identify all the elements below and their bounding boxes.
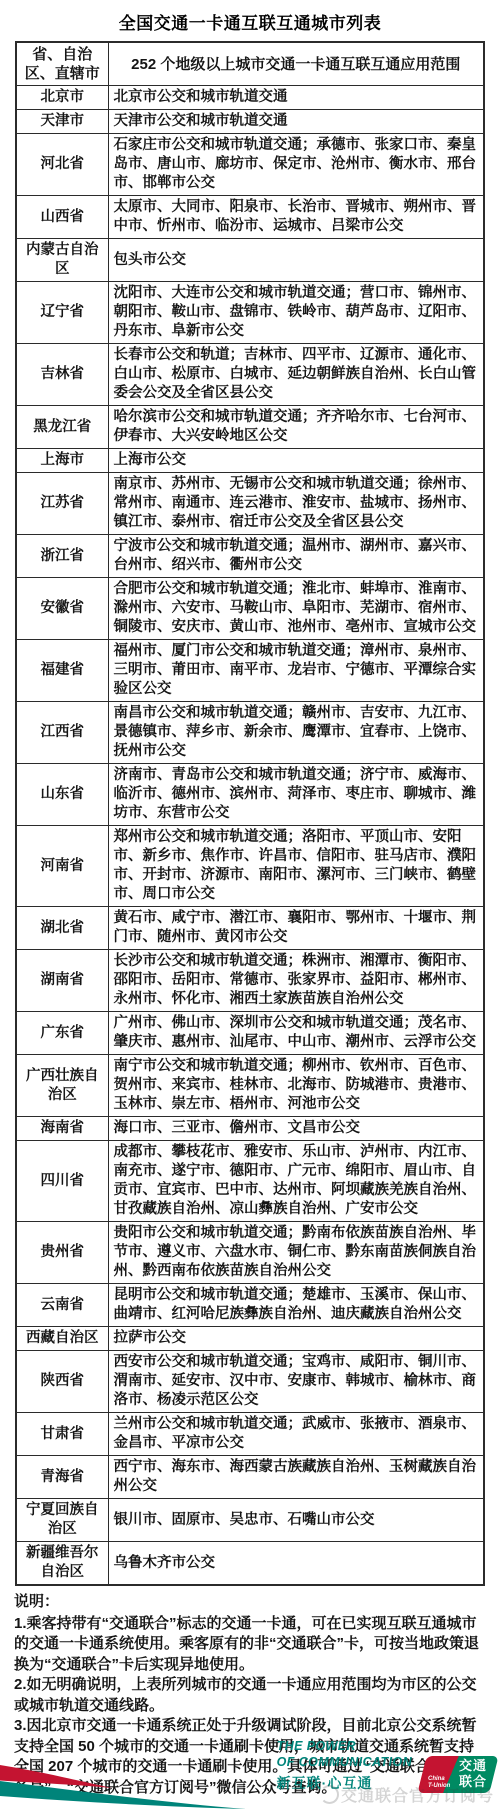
scope-cell: 贵阳市公交和城市轨道交通；黔南布依族苗族自治州、毕节市、遵义市、六盘水市、铜仁市… xyxy=(108,1222,484,1284)
notes-heading: 说明： xyxy=(14,1592,486,1613)
province-cell: 浙江省 xyxy=(16,535,108,578)
table-row: 西藏自治区拉萨市公交 xyxy=(16,1327,484,1351)
province-cell: 贵州省 xyxy=(16,1222,108,1284)
table-row: 上海市上海市公交 xyxy=(16,449,484,473)
province-cell: 河北省 xyxy=(16,134,108,196)
province-cell: 山西省 xyxy=(16,196,108,239)
table-row: 江苏省南京市、苏州市、无锡市公交和城市轨道交通；徐州市、常州市、南通市、连云港市… xyxy=(16,473,484,535)
table-row: 广西壮族自治区南宁市公交和城市轨道交通；柳州市、钦州市、百色市、贺州市、来宾市、… xyxy=(16,1055,484,1117)
table-row: 宁夏回族自治区银川市、固原市、吴忠市、石嘴山市公交 xyxy=(16,1499,484,1542)
province-cell: 辽宁省 xyxy=(16,282,108,344)
watermark-circle-icon xyxy=(320,1785,339,1804)
scope-cell: 北京市公交和城市轨道交通 xyxy=(108,86,484,110)
province-cell: 宁夏回族自治区 xyxy=(16,1499,108,1542)
scope-cell: 上海市公交 xyxy=(108,449,484,473)
scope-cell: 石家庄市公交和城市轨道交通；承德市、张家口市、秦皇岛市、唐山市、廊坊市、保定市、… xyxy=(108,134,484,196)
table-row: 天津市天津市公交和城市轨道交通 xyxy=(16,110,484,134)
scope-cell: 乌鲁木齐市公交 xyxy=(108,1542,484,1586)
scope-cell: 兰州市公交和城市轨道交通；武威市、张掖市、酒泉市、金昌市、平凉市公交 xyxy=(108,1413,484,1456)
table-row: 福建省福州市、厦门市公交和城市轨道交通；漳州市、泉州市、三明市、莆田市、南平市、… xyxy=(16,640,484,702)
table-row: 河南省郑州市公交和城市轨道交通；洛阳市、平顶山市、安阳市、新乡市、焦作市、许昌市… xyxy=(16,826,484,907)
province-table-body: 北京市北京市公交和城市轨道交通天津市天津市公交和城市轨道交通河北省石家庄市公交和… xyxy=(16,86,484,1586)
interoperable-cities-table: 省、自治区、直辖市 252 个地级以上城市交通一卡通互联互通应用范围 北京市北京… xyxy=(15,41,485,1586)
province-cell: 甘肃省 xyxy=(16,1413,108,1456)
table-row: 浙江省宁波市公交和城市轨道交通；温州市、湖州市、嘉兴市、台州市、绍兴市、衢州市公… xyxy=(16,535,484,578)
scope-cell: 成都市、攀枝花市、雅安市、乐山市、泸州市、内江市、南充市、遂宁市、德阳市、广元市… xyxy=(108,1141,484,1222)
scope-cell: 长沙市公交和城市轨道交通；株洲市、湘潭市、衡阳市、邵阳市、岳阳市、常德市、张家界… xyxy=(108,950,484,1012)
note-item: 2.如无明确说明，上表所列城市的交通一卡通应用范围均为市区的公交或城市轨道交通线… xyxy=(14,1675,486,1716)
province-cell: 黑龙江省 xyxy=(16,406,108,449)
scope-cell: 西宁市、海东市、海西蒙古族藏族自治州、玉树藏族自治州公交 xyxy=(108,1456,484,1499)
province-cell: 湖南省 xyxy=(16,950,108,1012)
province-cell: 北京市 xyxy=(16,86,108,110)
province-cell: 陕西省 xyxy=(16,1351,108,1413)
province-cell: 福建省 xyxy=(16,640,108,702)
scope-cell: 海口市、三亚市、儋州市、文昌市公交 xyxy=(108,1117,484,1141)
header-province: 省、自治区、直辖市 xyxy=(16,42,108,86)
scope-cell: 宁波市公交和城市轨道交通；温州市、湖州市、嘉兴市、台州市、绍兴市、衢州市公交 xyxy=(108,535,484,578)
scope-cell: 南京市、苏州市、无锡市公交和城市轨道交通；徐州市、常州市、南通市、连云港市、淮安… xyxy=(108,473,484,535)
scope-cell: 郑州市公交和城市轨道交通；洛阳市、平顶山市、安阳市、新乡市、焦作市、许昌市、信阳… xyxy=(108,826,484,907)
slogan-en-line2: OF COMMUNICATION xyxy=(277,1755,412,1771)
footer-ribbon-graphic xyxy=(0,1755,260,1815)
account-watermark: 交通联合官方订阅号 xyxy=(320,1783,494,1806)
teal-ribbon-shape xyxy=(0,1781,246,1809)
table-row: 青海省西宁市、海东市、海西蒙古族藏族自治州、玉树藏族自治州公交 xyxy=(16,1456,484,1499)
table-row: 安徽省合肥市公交和城市轨道交通；淮北市、蚌埠市、淮南市、滁州市、六安市、马鞍山市… xyxy=(16,578,484,640)
province-cell: 青海省 xyxy=(16,1456,108,1499)
table-row: 新疆维吾尔自治区乌鲁木齐市公交 xyxy=(16,1542,484,1586)
scope-cell: 黄石市、咸宁市、潜江市、襄阳市、鄂州市、十堰市、荆门市、随州市、黄冈市公交 xyxy=(108,907,484,950)
province-cell: 上海市 xyxy=(16,449,108,473)
table-row: 辽宁省沈阳市、大连市公交和城市轨道交通；营口市、锦州市、朝阳市、鞍山市、盘锦市、… xyxy=(16,282,484,344)
table-row: 陕西省西安市公交和城市轨道交通；宝鸡市、咸阳市、铜川市、渭南市、延安市、汉中市、… xyxy=(16,1351,484,1413)
scope-cell: 南昌市公交和城市轨道交通；赣州市、吉安市、九江市、景德镇市、萍乡市、新余市、鹰潭… xyxy=(108,702,484,764)
slogan-en-line1: THE POWER xyxy=(277,1739,412,1755)
province-cell: 天津市 xyxy=(16,110,108,134)
province-cell: 新疆维吾尔自治区 xyxy=(16,1542,108,1586)
table-row: 四川省成都市、攀枝花市、雅安市、乐山市、泸州市、内江市、南充市、遂宁市、德阳市、… xyxy=(16,1141,484,1222)
scope-cell: 太原市、大同市、阳泉市、长治市、晋城市、朔州市、晋中市、忻州市、临汾市、运城市、… xyxy=(108,196,484,239)
province-cell: 山东省 xyxy=(16,764,108,826)
table-row: 云南省昆明市公交和城市轨道交通；楚雄市、玉溪市、保山市、曲靖市、红河哈尼族彝族自… xyxy=(16,1284,484,1327)
table-row: 内蒙古自治区包头市公交 xyxy=(16,239,484,282)
province-cell: 广西壮族自治区 xyxy=(16,1055,108,1117)
table-row: 湖北省黄石市、咸宁市、潜江市、襄阳市、鄂州市、十堰市、荆门市、随州市、黄冈市公交 xyxy=(16,907,484,950)
table-row: 海南省海口市、三亚市、儋州市、文昌市公交 xyxy=(16,1117,484,1141)
scope-cell: 天津市公交和城市轨道交通 xyxy=(108,110,484,134)
table-row: 江西省南昌市公交和城市轨道交通；赣州市、吉安市、九江市、景德镇市、萍乡市、新余市… xyxy=(16,702,484,764)
scope-cell: 昆明市公交和城市轨道交通；楚雄市、玉溪市、保山市、曲靖市、红河哈尼族彝族自治州、… xyxy=(108,1284,484,1327)
province-cell: 西藏自治区 xyxy=(16,1327,108,1351)
scope-cell: 沈阳市、大连市公交和城市轨道交通；营口市、锦州市、朝阳市、鞍山市、盘锦市、铁岭市… xyxy=(108,282,484,344)
scope-cell: 合肥市公交和城市轨道交通；淮北市、蚌埠市、淮南市、滁州市、六安市、马鞍山市、阜阳… xyxy=(108,578,484,640)
scope-cell: 拉萨市公交 xyxy=(108,1327,484,1351)
table-row: 贵州省贵阳市公交和城市轨道交通；黔南布依族苗族自治州、毕节市、遵义市、六盘水市、… xyxy=(16,1222,484,1284)
scope-cell: 福州市、厦门市公交和城市轨道交通；漳州市、泉州市、三明市、莆田市、南平市、龙岩市… xyxy=(108,640,484,702)
province-cell: 安徽省 xyxy=(16,578,108,640)
scope-cell: 广州市、佛山市、深圳市公交和城市轨道交通；茂名市、肇庆市、惠州市、汕尾市、中山市… xyxy=(108,1012,484,1055)
province-cell: 湖北省 xyxy=(16,907,108,950)
province-cell: 江西省 xyxy=(16,702,108,764)
table-row: 吉林省长春市公交和轨道；吉林市、四平市、辽源市、通化市、白山市、松原市、白城市、… xyxy=(16,344,484,406)
table-row: 湖南省长沙市公交和城市轨道交通；株洲市、湘潭市、衡阳市、邵阳市、岳阳市、常德市、… xyxy=(16,950,484,1012)
note-item: 1.乘客持带有“交通联合”标志的交通一卡通，可在已实现互联互通城市的交通一卡通系… xyxy=(14,1614,486,1676)
province-cell: 内蒙古自治区 xyxy=(16,239,108,282)
table-row: 山东省济南市、青岛市公交和城市轨道交通；济宁市、威海市、临沂市、德州市、滨州市、… xyxy=(16,764,484,826)
scope-cell: 济南市、青岛市公交和城市轨道交通；济宁市、威海市、临沂市、德州市、滨州市、菏泽市… xyxy=(108,764,484,826)
table-row: 黑龙江省哈尔滨市公交和城市轨道交通；齐齐哈尔市、七台河市、伊春市、大兴安岭地区公… xyxy=(16,406,484,449)
table-header-row: 省、自治区、直辖市 252 个地级以上城市交通一卡通互联互通应用范围 xyxy=(16,42,484,86)
scope-cell: 哈尔滨市公交和城市轨道交通；齐齐哈尔市、七台河市、伊春市、大兴安岭地区公交 xyxy=(108,406,484,449)
table-row: 甘肃省兰州市公交和城市轨道交通；武威市、张掖市、酒泉市、金昌市、平凉市公交 xyxy=(16,1413,484,1456)
page-title: 全国交通一卡通互联互通城市列表 xyxy=(0,9,500,34)
scope-cell: 西安市公交和城市轨道交通；宝鸡市、咸阳市、铜川市、渭南市、延安市、汉中市、安康市… xyxy=(108,1351,484,1413)
scope-cell: 银川市、固原市、吴忠市、石嘴山市公交 xyxy=(108,1499,484,1542)
table-row: 北京市北京市公交和城市轨道交通 xyxy=(16,86,484,110)
province-cell: 江苏省 xyxy=(16,473,108,535)
province-cell: 河南省 xyxy=(16,826,108,907)
watermark-text: 交通联合官方订阅号 xyxy=(341,1788,494,1805)
table-row: 河北省石家庄市公交和城市轨道交通；承德市、张家口市、秦皇岛市、唐山市、廊坊市、保… xyxy=(16,134,484,196)
province-cell: 云南省 xyxy=(16,1284,108,1327)
table-row: 广东省广州市、佛山市、深圳市公交和城市轨道交通；茂名市、肇庆市、惠州市、汕尾市、… xyxy=(16,1012,484,1055)
province-cell: 海南省 xyxy=(16,1117,108,1141)
header-scope: 252 个地级以上城市交通一卡通互联互通应用范围 xyxy=(108,42,484,86)
table-row: 山西省太原市、大同市、阳泉市、长治市、晋城市、朔州市、晋中市、忻州市、临汾市、运… xyxy=(16,196,484,239)
province-cell: 吉林省 xyxy=(16,344,108,406)
scope-cell: 南宁市公交和城市轨道交通；柳州市、钦州市、百色市、贺州市、来宾市、桂林市、北海市… xyxy=(108,1055,484,1117)
province-cell: 广东省 xyxy=(16,1012,108,1055)
province-cell: 四川省 xyxy=(16,1141,108,1222)
scope-cell: 长春市公交和轨道；吉林市、四平市、辽源市、通化市、白山市、松原市、白城市、延边朝… xyxy=(108,344,484,406)
scope-cell: 包头市公交 xyxy=(108,239,484,282)
article-page: { "title": "全国交通一卡通互联互通城市列表", "table": {… xyxy=(0,0,500,1815)
